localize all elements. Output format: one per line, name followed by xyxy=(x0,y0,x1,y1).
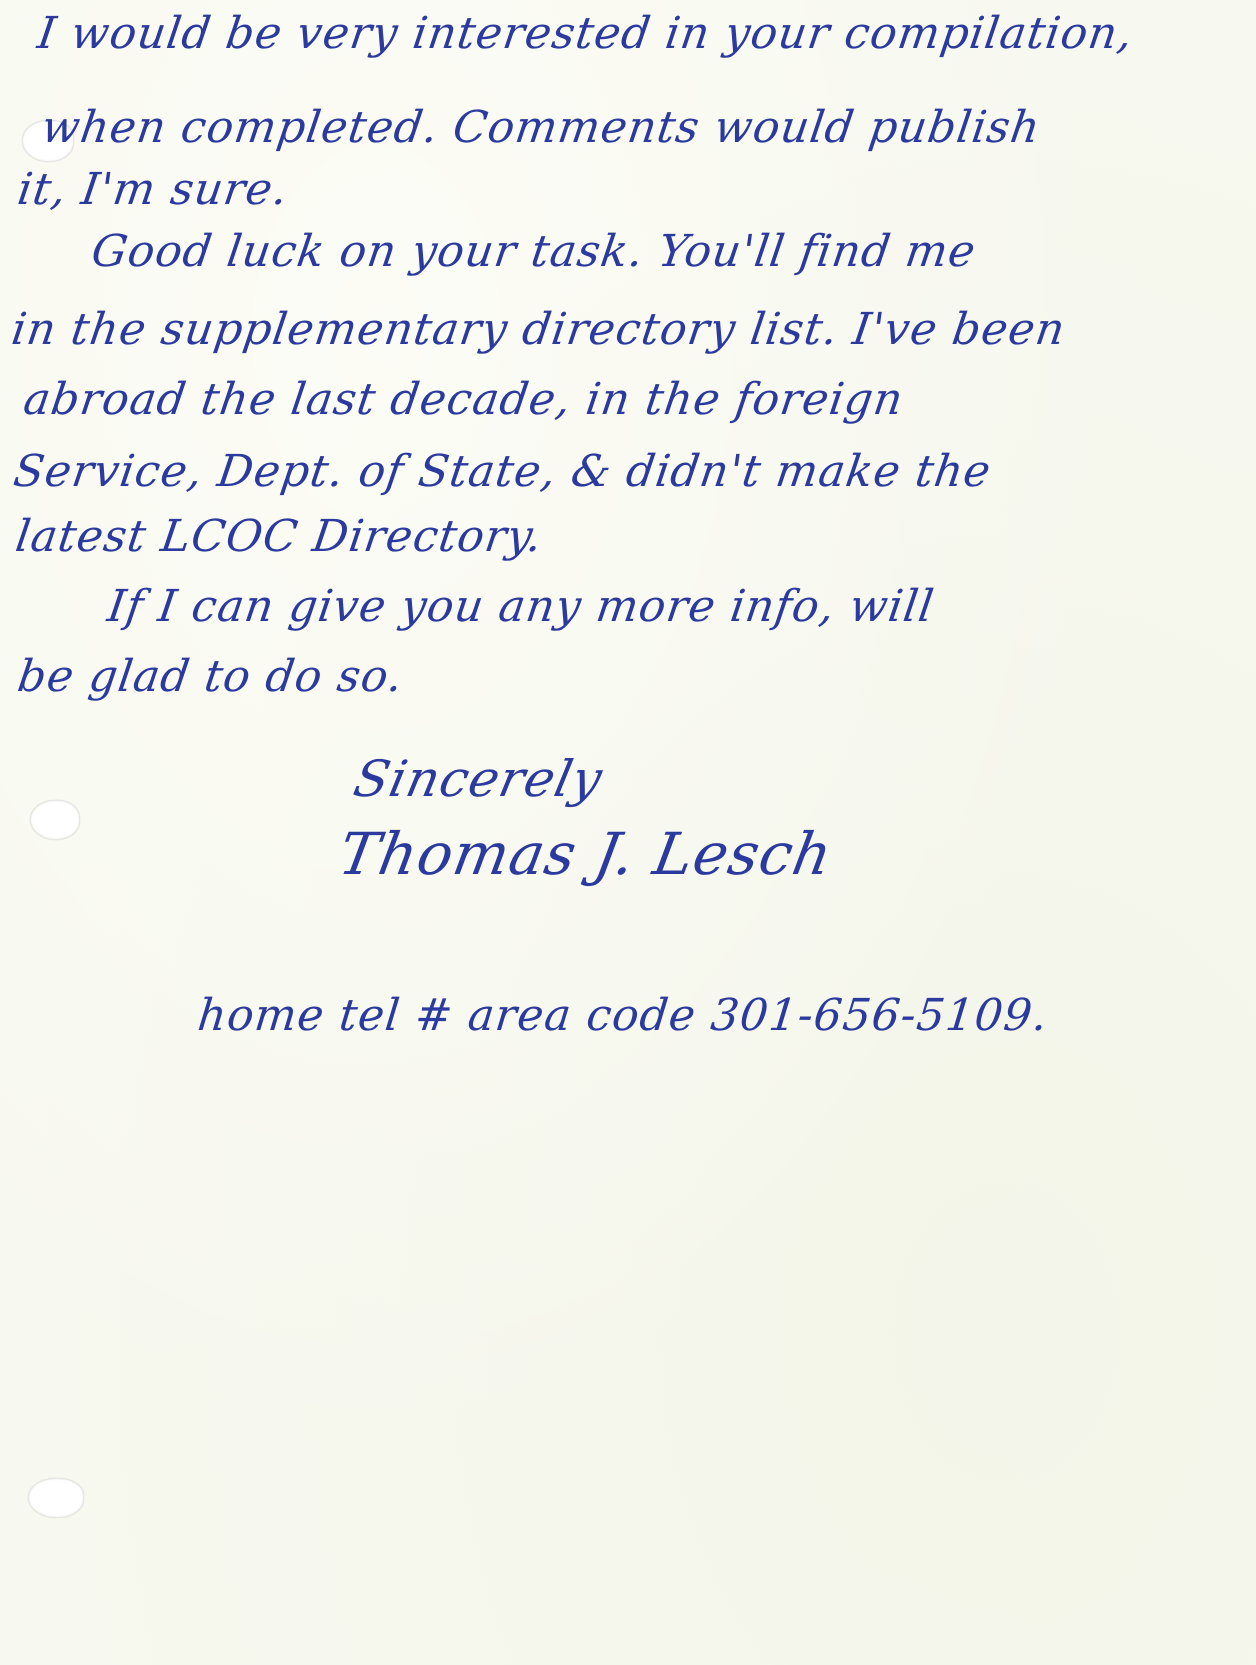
letter-line: Service, Dept. of State, & didn't make t… xyxy=(11,450,994,494)
letter-paper: I would be very interested in your compi… xyxy=(0,0,1256,1665)
letter-line: when completed. Comments would publish xyxy=(39,106,1043,150)
signature: Thomas J. Lesch xyxy=(334,820,838,888)
punch-hole-bottom xyxy=(28,1478,84,1518)
phone-number-line: home tel # area code 301-656-5109. xyxy=(195,990,1050,1041)
letter-line: Good luck on your task. You'll find me xyxy=(89,230,979,274)
letter-closing: Sincerely xyxy=(349,750,608,808)
letter-line: If I can give you any more info, will xyxy=(105,585,937,629)
letter-line: be glad to do so. xyxy=(15,655,406,699)
letter-line: I would be very interested in your compi… xyxy=(35,12,1136,56)
letter-line: latest LCOC Directory. xyxy=(13,515,545,559)
letter-line: in the supplementary directory list. I'v… xyxy=(9,308,1068,352)
letter-line: it, I'm sure. xyxy=(15,168,291,212)
letter-line: abroad the last decade, in the foreign xyxy=(21,378,906,422)
punch-hole-middle xyxy=(30,800,80,840)
